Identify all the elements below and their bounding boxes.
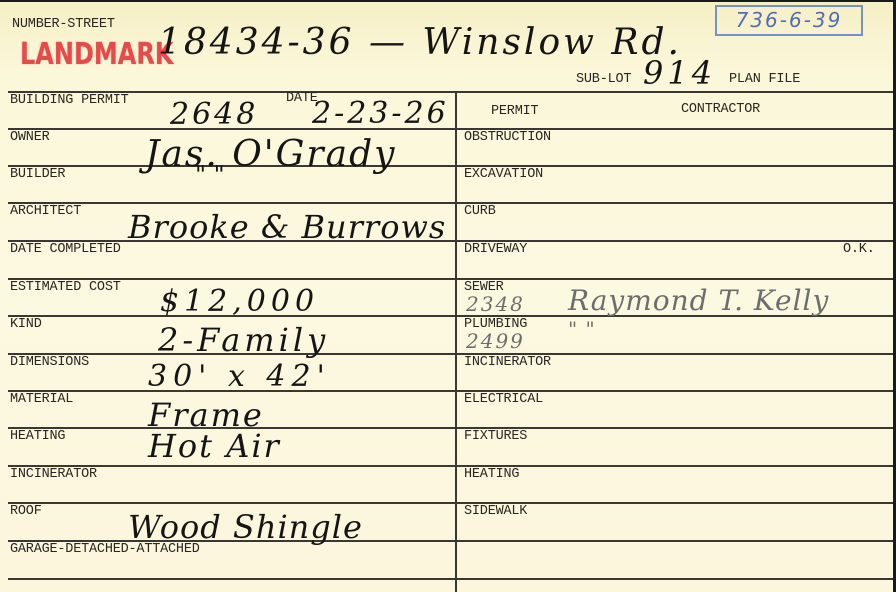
plan-file-label: PLAN FILE (729, 72, 800, 87)
permit-row-label: DRIVEWAY (464, 242, 527, 257)
permit-number: 2499 (466, 329, 525, 353)
rule-line (455, 91, 893, 93)
column-divider (455, 91, 457, 592)
sub-lot-value: 914 (643, 54, 716, 92)
field-label: GARAGE-DETACHED-ATTACHED (10, 542, 200, 557)
permit-row-label: HEATING (464, 467, 519, 482)
permit-column-header: PERMIT (491, 104, 538, 119)
status-note: O.K. (843, 242, 875, 257)
rule-line (455, 540, 893, 542)
permit-row-label: SIDEWALK (464, 504, 527, 519)
contractor-name: " " (568, 317, 596, 341)
permit-row-label: ELECTRICAL (464, 392, 543, 407)
plan-number-stamp: 736-6-39 (715, 5, 863, 36)
field-value: Jas. O'Grady (145, 134, 396, 175)
permit-number: 2348 (466, 292, 525, 316)
number-street-label: NUMBER-STREET (12, 17, 115, 32)
field-value: " " (195, 161, 225, 189)
field-label: DATE COMPLETED (10, 242, 121, 257)
landmark-stamp: LANDMARK (20, 37, 173, 72)
building-permit-card: NUMBER-STREET LANDMARK 18434-36 — Winslo… (0, 2, 893, 592)
field-label: BUILDING PERMIT (10, 93, 129, 108)
rule-line (455, 278, 893, 280)
field-label: MATERIAL (10, 392, 73, 407)
field-value: 30' x 42' (148, 359, 331, 394)
rule-line (455, 578, 893, 580)
contractor-name: Raymond T. Kelly (568, 284, 829, 317)
field-label: ESTIMATED COST (10, 280, 121, 295)
address-handwritten: 18434-36 — Winslow Rd. (158, 22, 682, 63)
rule-line (455, 465, 893, 467)
field-value: 2648 (170, 97, 258, 132)
permit-row-label: INCINERATOR (464, 355, 551, 370)
field-label: ARCHITECT (10, 204, 81, 219)
field-value: 2-Family (158, 321, 329, 359)
field-value: $12,000 (160, 284, 319, 319)
field-value: Hot Air (148, 427, 281, 465)
field-label: KIND (10, 317, 42, 332)
field-label: DIMENSIONS (10, 355, 89, 370)
permit-row-label: CURB (464, 204, 496, 219)
rule-line (8, 502, 455, 504)
permit-row-label: EXCAVATION (464, 167, 543, 182)
field-label: ROOF (10, 504, 42, 519)
field-value: Brooke & Burrows (128, 208, 446, 246)
permit-row-label: FIXTURES (464, 429, 527, 444)
field-label: OWNER (10, 130, 50, 145)
rule-line (8, 578, 455, 580)
field-value: Wood Shingle (128, 508, 363, 546)
rule-line (455, 202, 893, 204)
contractor-column-header: CONTRACTOR (681, 102, 760, 117)
permit-row-label: OBSTRUCTION (464, 130, 551, 145)
field-label: INCINERATOR (10, 467, 97, 482)
date-value: 2-23-26 (312, 96, 449, 131)
field-label: HEATING (10, 429, 65, 444)
field-label: BUILDER (10, 167, 65, 182)
sub-lot-label: SUB-LOT (576, 72, 631, 87)
